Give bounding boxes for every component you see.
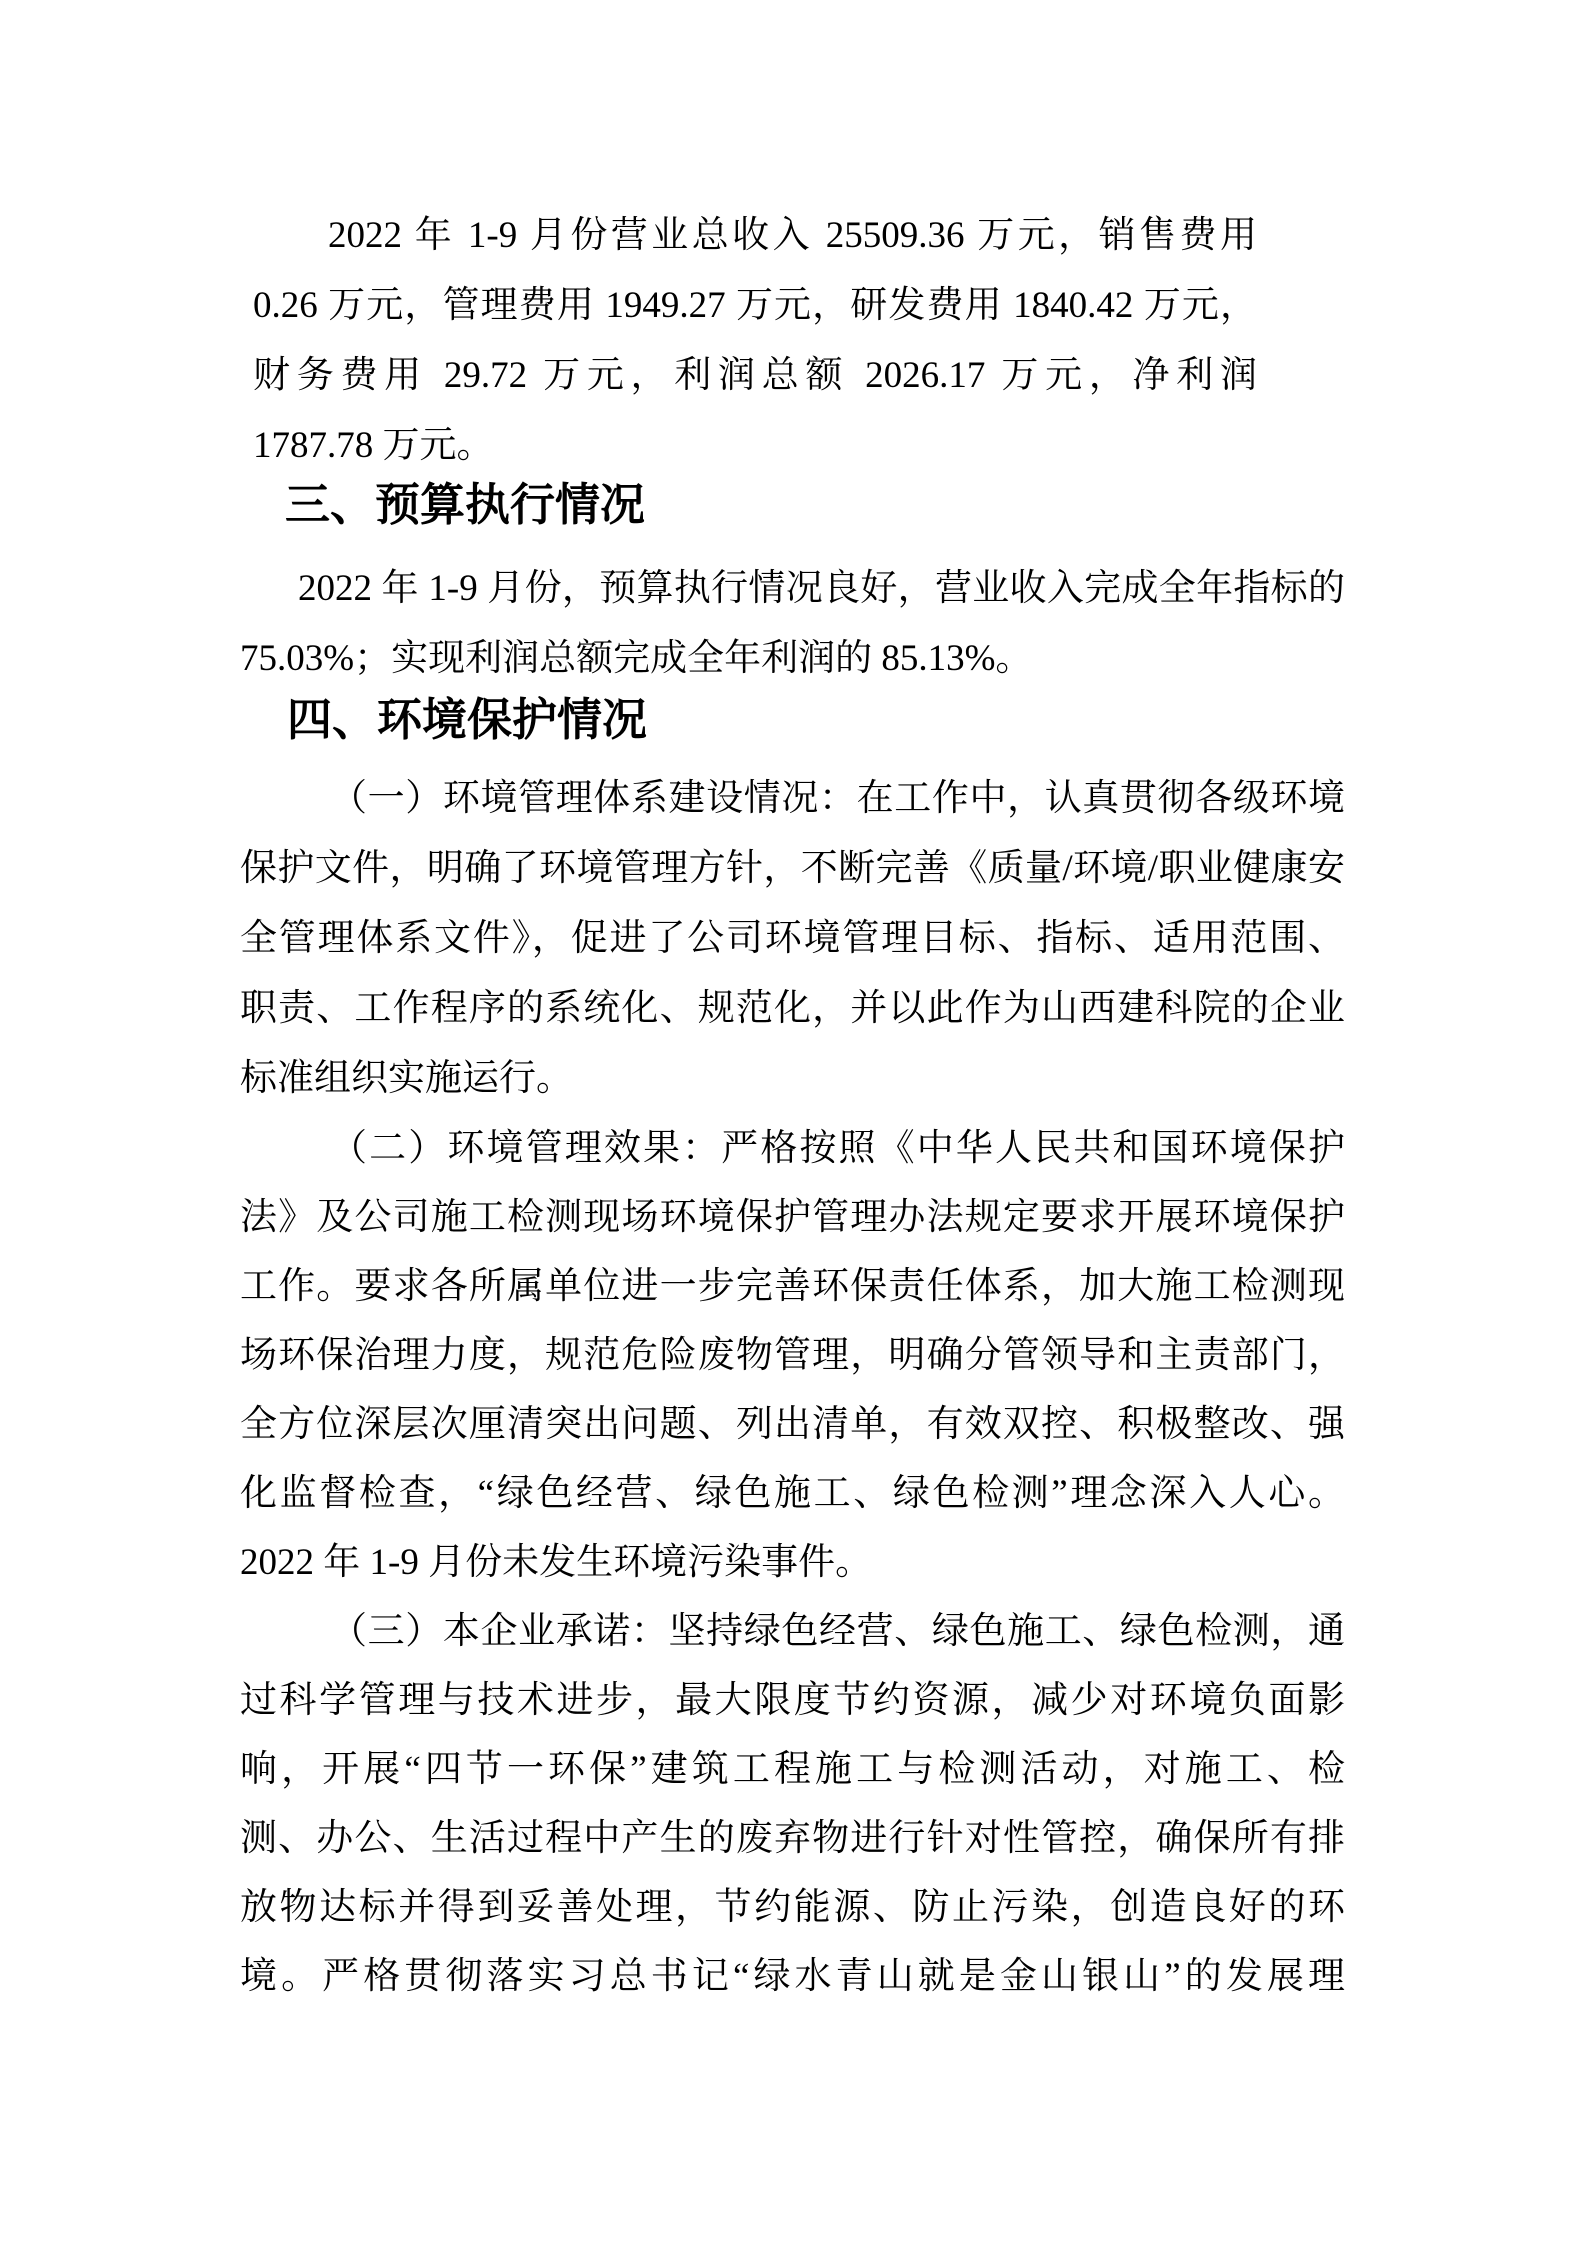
text-line: 职责、工作程序的系统化、规范化，并以此作为山西建科院的企业 — [240, 974, 1345, 1044]
text-line: 放物达标并得到妥善处理，节约能源、防止污染，创造良好的环 — [240, 1873, 1345, 1942]
text-line: 保护文件，明确了环境管理方针，不断完善《质量/环境/职业健康安 — [240, 834, 1345, 904]
text-line: 工作。要求各所属单位进一步完善环保责任体系，加大施工检测现 — [240, 1252, 1345, 1321]
text-line: 75.03%；实现利润总额完成全年利润的 85.13%。 — [240, 624, 1345, 694]
text-line: 1787.78 万元。 — [253, 411, 1257, 481]
text-line: 0.26 万元，管理费用 1949.27 万元，研发费用 1840.42 万元， — [253, 271, 1257, 341]
text-line: 全方位深层次厘清突出问题、列出清单，有效双控、积极整改、强 — [240, 1390, 1345, 1459]
text-line: 测、办公、生活过程中产生的废弃物进行针对性管控，确保所有排 — [240, 1804, 1345, 1873]
text-line: 2022 年 1-9 月份营业总收入 25509.36 万元，销售费用 — [253, 201, 1257, 271]
text-line: 财务费用 29.72 万元，利润总额 2026.17 万元，净利润 — [253, 341, 1257, 411]
text-line: 标准组织实施运行。 — [240, 1044, 1345, 1114]
document-page: 2022 年 1-9 月份营业总收入 25509.36 万元，销售费用 0.26… — [0, 0, 1587, 2245]
text-line: （一）环境管理体系建设情况：在工作中，认真贯彻各级环境 — [240, 764, 1345, 834]
text-line: 法》及公司施工检测现场环境保护管理办法规定要求开展环境保护 — [240, 1183, 1345, 1252]
text-line: 化监督检查，“绿色经营、绿色施工、绿色检测”理念深入人心。 — [240, 1459, 1345, 1528]
paragraph-budget-execution: 2022 年 1-9 月份，预算执行情况良好，营业收入完成全年指标的 75.03… — [240, 554, 1345, 694]
text-line: 过科学管理与技术进步，最大限度节约资源，减少对环境负面影 — [240, 1666, 1345, 1735]
text-line: 场环保治理力度，规范危险废物管理，明确分管领导和主责部门， — [240, 1321, 1345, 1390]
text-line: 2022 年 1-9 月份，预算执行情况良好，营业收入完成全年指标的 — [240, 554, 1345, 624]
section-heading-budget-execution: 三、预算执行情况 — [285, 479, 645, 531]
text-line: 响，开展“四节一环保”建筑工程施工与检测活动，对施工、检 — [240, 1735, 1345, 1804]
text-line: （三）本企业承诺：坚持绿色经营、绿色施工、绿色检测，通 — [240, 1597, 1345, 1666]
paragraph-finance-summary: 2022 年 1-9 月份营业总收入 25509.36 万元，销售费用 0.26… — [253, 201, 1257, 481]
paragraph-env-management-effect: （二）环境管理效果：严格按照《中华人民共和国环境保护 法》及公司施工检测现场环境… — [240, 1114, 1345, 1597]
text-line: 全管理体系文件》，促进了公司环境管理目标、指标、适用范围、 — [240, 904, 1345, 974]
paragraph-env-management-system: （一）环境管理体系建设情况：在工作中，认真贯彻各级环境 保护文件，明确了环境管理… — [240, 764, 1345, 1114]
text-line: （二）环境管理效果：严格按照《中华人民共和国环境保护 — [240, 1114, 1345, 1183]
text-line: 2022 年 1-9 月份未发生环境污染事件。 — [240, 1528, 1345, 1597]
paragraph-env-commitment: （三）本企业承诺：坚持绿色经营、绿色施工、绿色检测，通 过科学管理与技术进步，最… — [240, 1597, 1345, 2011]
text-line: 境。严格贯彻落实习总书记“绿水青山就是金山银山”的发展理 — [240, 1942, 1345, 2011]
section-heading-environment: 四、环境保护情况 — [287, 694, 647, 746]
